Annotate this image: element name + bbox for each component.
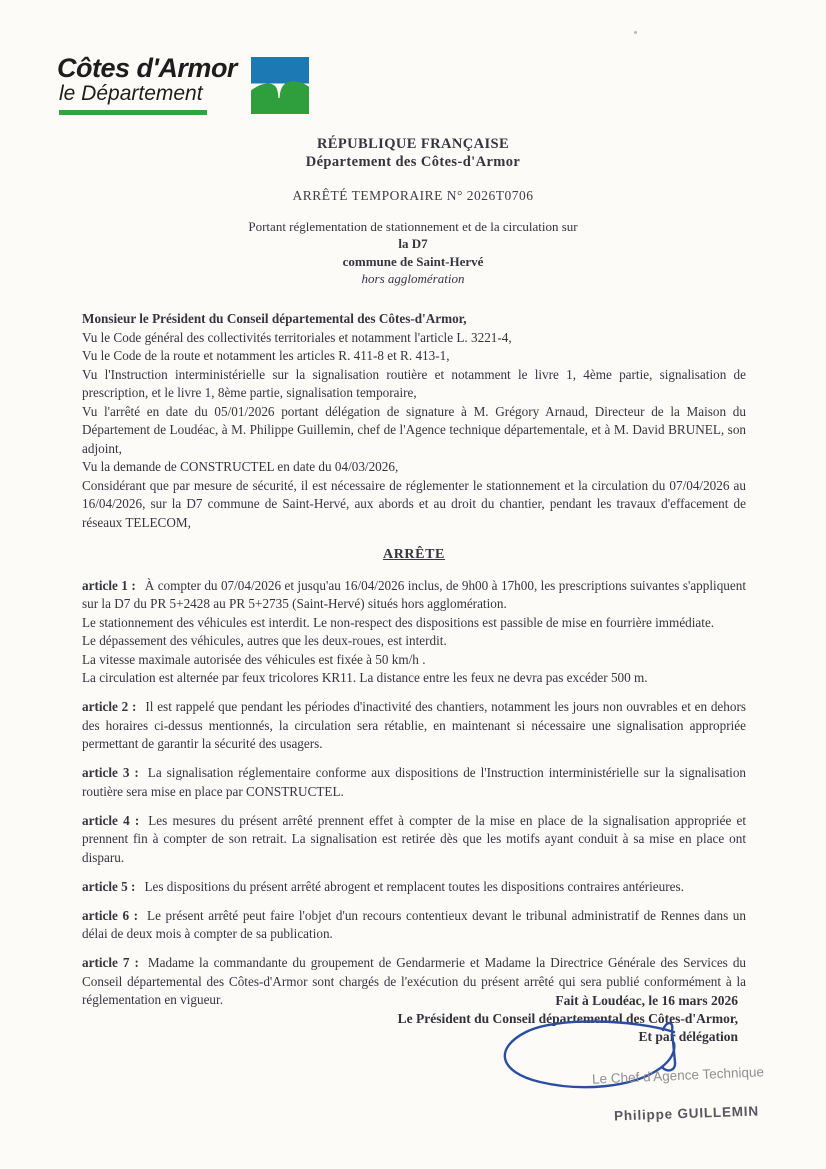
stamp-role: Le Chef d'Agence Technique [592,1064,764,1086]
article-1-line: La vitesse maximale autorisée des véhicu… [82,651,746,670]
article-7-label: article 7 : [82,955,139,970]
department-name: Département des Côtes-d'Armor [0,153,826,171]
article-4-label: article 4 : [82,813,139,828]
article-5-text: Les dispositions du présent arrêté abrog… [144,879,683,894]
logo-subtitle: le Département [57,82,237,105]
article-1-extra-lines: Le stationnement des véhicules est inter… [82,614,746,688]
signature-authority: Le Président du Conseil départemental de… [398,1010,738,1028]
logo-underline [59,110,207,115]
article-3-label: article 3 : [82,765,139,780]
article-6-text: Le présent arrêté peut faire l'objet d'u… [82,908,746,942]
department-logo-wordmark: Côtes d'Armor le Département [57,54,245,115]
article-1-line: Le stationnement des véhicules est inter… [82,614,746,633]
article-1-line: Le dépassement des véhicules, autres que… [82,632,746,651]
article-5-label: article 5 : [82,879,135,894]
article-1-label: article 1 : [82,578,136,593]
article-3-text: La signalisation réglementaire conforme … [82,765,746,799]
decree-heading: ARRÊTE [82,546,746,565]
article-3: article 3 :La signalisation réglementair… [82,764,746,801]
article-5: article 5 :Les dispositions du présent a… [82,878,746,897]
road-name: la D7 [0,235,826,253]
article-1: article 1 :À compter du 07/04/2026 et ju… [82,577,746,688]
preamble-item: Considérant que par mesure de sécurité, … [82,477,746,533]
document-header: RÉPUBLIQUE FRANÇAISE Département des Côt… [0,135,826,288]
article-6: article 6 :Le présent arrêté peut faire … [82,907,746,944]
republic-title: RÉPUBLIQUE FRANÇAISE [0,135,826,153]
article-1-text: À compter du 07/04/2026 et jusqu'au 16/0… [82,578,746,612]
commune-name: commune de Saint-Hervé [0,253,826,271]
preamble-salutation: Monsieur le Président du Conseil départe… [82,310,746,329]
department-logo-icon [251,57,309,114]
article-2: article 2 :Il est rappelé que pendant le… [82,698,746,754]
logo-title: Côtes d'Armor [57,54,237,82]
article-2-text: Il est rappelé que pendant les périodes … [82,699,746,751]
document-body: Monsieur le Président du Conseil départe… [82,310,746,1010]
preamble-item: Vu le Code de la route et notamment les … [82,347,746,366]
signature-block: Fait à Loudéac, le 16 mars 2026 Le Prési… [398,992,738,1046]
article-4-text: Les mesures du présent arrêté prennent e… [82,813,746,865]
decree-number: ARRÊTÉ TEMPORAIRE N° 2026T0706 [0,188,826,204]
article-1-line: La circulation est alternée par feux tri… [82,669,746,688]
decree-subject: Portant réglementation de stationnement … [0,219,826,235]
scanned-decree-page: Côtes d'Armor le Département RÉPUBLIQUE … [0,0,826,1169]
stamp-name: Philippe GUILLEMIN [614,1103,759,1123]
preamble-item: Vu l'Instruction interministérielle sur … [82,366,746,403]
signature-place-date: Fait à Loudéac, le 16 mars 2026 [398,992,738,1010]
department-logo: Côtes d'Armor le Département [57,54,309,115]
scan-artifact-dot [634,31,637,34]
preamble-item: Vu la demande de CONSTRUCTEL en date du … [82,458,746,477]
article-6-label: article 6 : [82,908,138,923]
article-4: article 4 :Les mesures du présent arrêté… [82,812,746,868]
preamble-item: Vu le Code général des collectivités ter… [82,329,746,348]
signature-delegation: Et par délégation [398,1028,738,1046]
agglomeration-note: hors agglomération [0,270,826,288]
article-2-label: article 2 : [82,699,136,714]
preamble-item: Vu l'arrêté en date du 05/01/2026 portan… [82,403,746,459]
